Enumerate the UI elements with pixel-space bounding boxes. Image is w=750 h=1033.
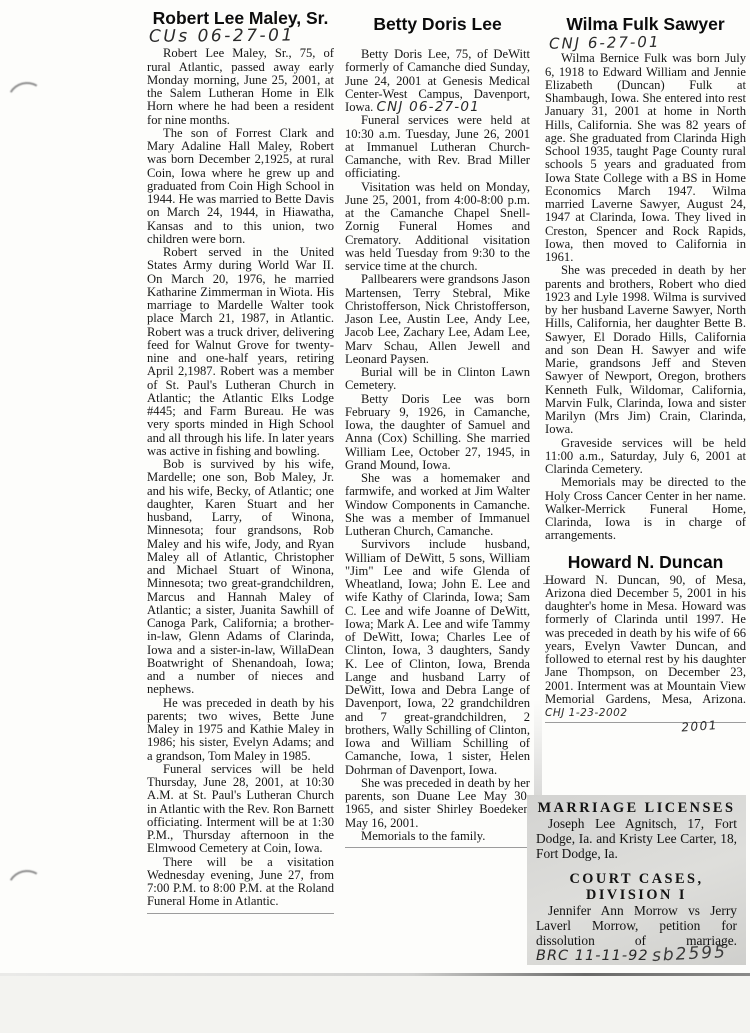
- obituary-title-betty-lee: Betty Doris Lee: [345, 14, 530, 34]
- court-cases-entry: Jennifer Ann Morrow vs Jerry Laverl Morr…: [536, 903, 737, 948]
- handwritten-source-date-court: BRC 11-11-92: [536, 948, 649, 964]
- obituary-paragraph: Bob is survived by his wife, Mardelle; o…: [147, 458, 334, 697]
- obituary-paragraph: She was a homemaker and farmwife, and wo…: [345, 472, 530, 538]
- obituary-paragraph: There will be a visitation Wednesday eve…: [147, 856, 334, 909]
- obituary-paragraph: Survivors include husband, William of De…: [345, 538, 530, 777]
- obituary-paragraph: Robert Lee Maley, Sr., 75, of rural Atla…: [147, 47, 334, 127]
- obituary-title-wilma-sawyer: Wilma Fulk Sawyer: [545, 14, 746, 34]
- obituary-paragraph: Burial will be in Clinton Lawn Cemetery.: [345, 366, 530, 393]
- obituary-paragraph: She was preceded in death by her parents…: [545, 264, 746, 436]
- marriage-licenses-text: Joseph Lee Agnitsch, 17, Fort Dodge, Ia.…: [536, 816, 737, 862]
- notices-clipping: MARRIAGE LICENSES Joseph Lee Agnitsch, 1…: [527, 795, 746, 965]
- obituary-paragraph: Betty Doris Lee was born February 9, 192…: [345, 393, 530, 473]
- obituary-paragraph: Memorials to the family.: [345, 830, 530, 843]
- obituary-text: Howard N. Duncan, 90, of Mesa, Arizona d…: [545, 573, 746, 706]
- scanned-obituary-page: Robert Lee Maley, Sr. CUs 06-27-01 Rober…: [0, 0, 750, 1033]
- handwritten-source-date-duncan: CHJ 1-23-2002: [545, 707, 628, 719]
- obituary-title-howard-duncan: Howard N. Duncan: [545, 552, 746, 572]
- obituary-paragraph: Funeral services were held at 10:30 a.m.…: [345, 114, 530, 180]
- scanner-background: [0, 976, 750, 1033]
- obituary-paragraph: She was preceded in death by her parents…: [345, 777, 530, 830]
- handwritten-source-date-maley: CUs 06-27-01: [149, 29, 334, 44]
- obituary-betty-lee: Betty Doris Lee Betty Doris Lee, 75, of …: [345, 14, 530, 848]
- clipping-bottom-rule: [345, 847, 530, 848]
- obituary-robert-maley: Robert Lee Maley, Sr. CUs 06-27-01 Rober…: [147, 8, 334, 914]
- handwritten-source-date-sawyer: CNJ 6-27-01: [549, 34, 746, 51]
- marriage-licenses-title: MARRIAGE LICENSES: [536, 800, 737, 816]
- court-cases-title-line1: COURT CASES,: [536, 871, 737, 887]
- obituary-paragraph: He was preceded in death by his parents;…: [147, 697, 334, 763]
- obituary-paragraph: Funeral services will be held Thursday, …: [147, 763, 334, 856]
- obituary-paragraph: Wilma Bernice Fulk was born July 6, 1918…: [545, 52, 746, 264]
- obituary-paragraph: Memorials may be directed to the Holy Cr…: [545, 476, 746, 542]
- obituary-paragraph: Robert served in the United States Army …: [147, 246, 334, 458]
- obituary-paragraph: Graveside services will be held 11:00 a.…: [545, 437, 746, 477]
- obituary-paragraph: Pallbearers were grandsons Jason Martens…: [345, 273, 530, 366]
- notice-spacer: [536, 862, 737, 871]
- obituary-paragraph: Visitation was held on Monday, June 25, …: [345, 181, 530, 274]
- handwritten-catalog-code: sb2595: [652, 942, 728, 966]
- obituary-paragraph: Betty Doris Lee, 75, of DeWitt formerly …: [345, 48, 530, 114]
- clipping-bottom-rule: [147, 913, 334, 914]
- obituary-wilma-sawyer: Wilma Fulk Sawyer CNJ 6-27-01 Wilma Bern…: [545, 14, 746, 738]
- obituary-paragraph: Howard N. Duncan, 90, of Mesa, Arizona d…: [545, 574, 746, 721]
- court-cases-title-line2: DIVISION I: [536, 887, 737, 903]
- clipping-shadow: [534, 700, 542, 796]
- hole-punch-mark-top: [3, 78, 51, 126]
- hole-punch-mark-bottom: [3, 866, 51, 914]
- obituary-paragraph: The son of Forrest Clark and Mary Adalin…: [147, 127, 334, 246]
